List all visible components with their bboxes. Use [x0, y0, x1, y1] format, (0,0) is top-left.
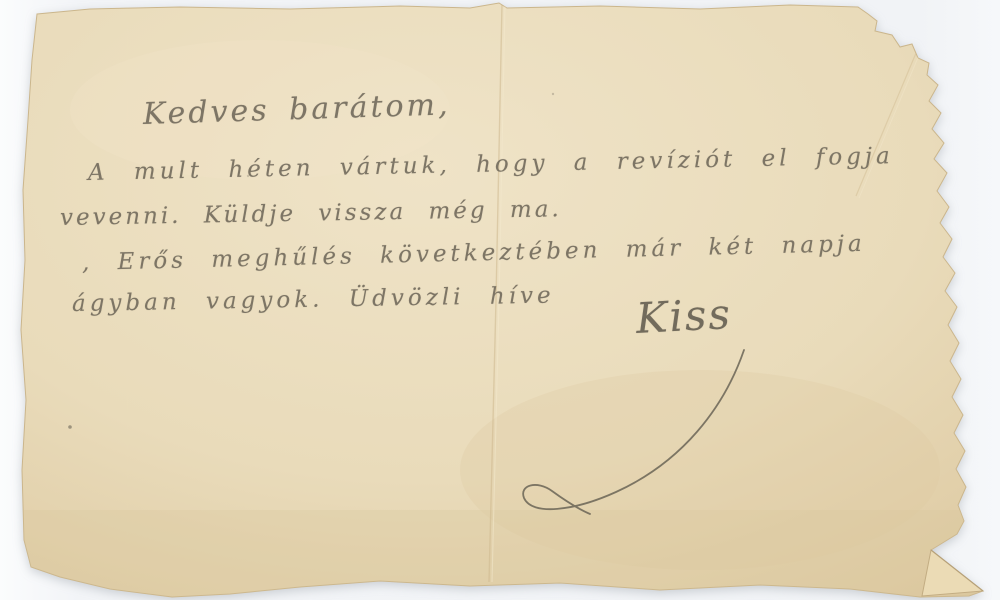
signature: Kiss — [635, 289, 733, 343]
paper-speck — [552, 93, 554, 95]
paper-speck — [68, 425, 72, 429]
paper-bottom-shade — [0, 510, 1000, 600]
scan-background: Kedves barátom, A mult héten vártuk, hog… — [0, 0, 1000, 600]
folded-corner — [922, 550, 983, 596]
